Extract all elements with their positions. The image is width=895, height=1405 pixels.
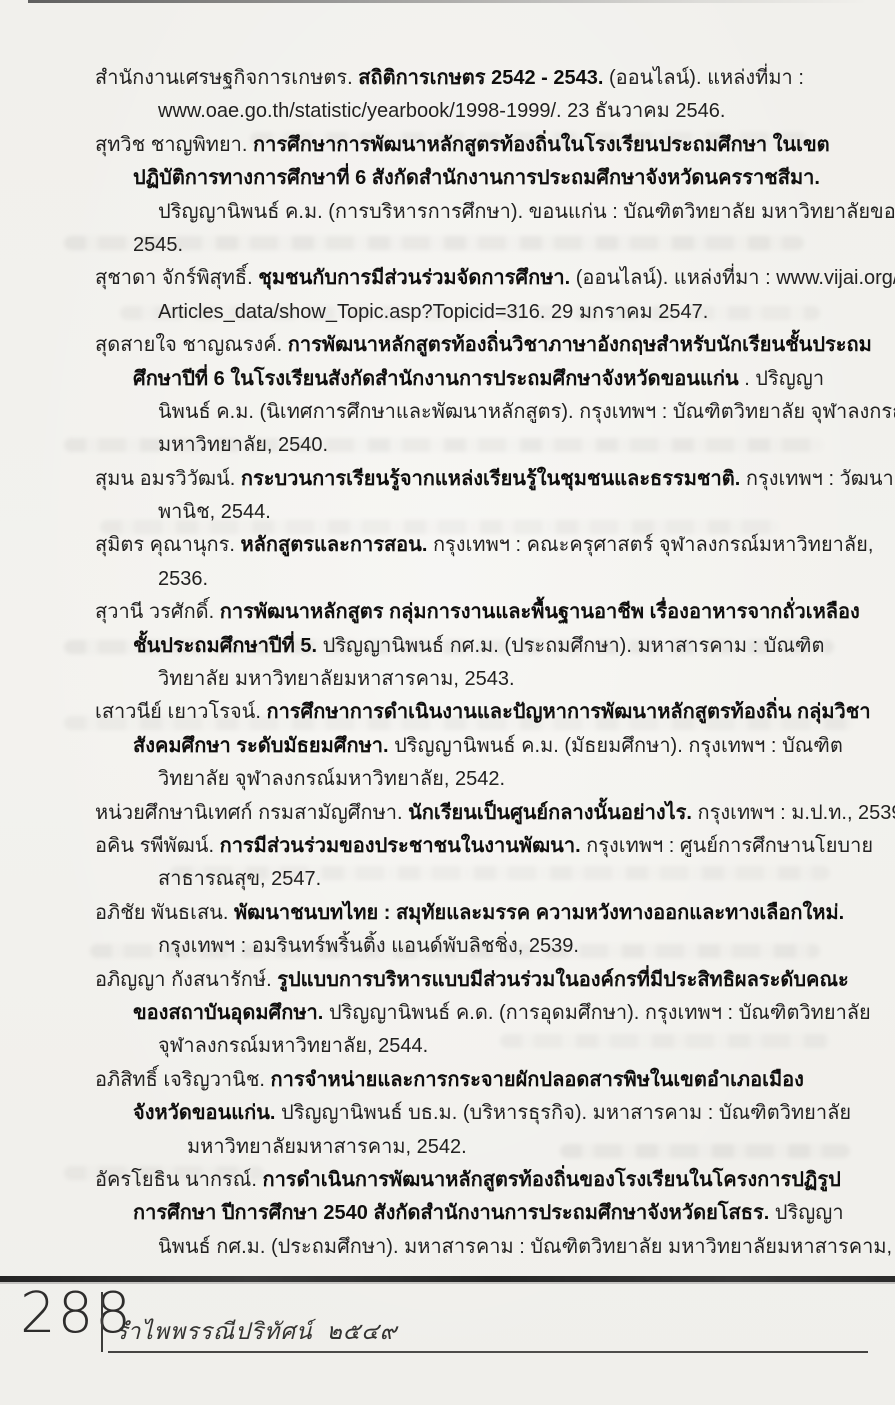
reference-title-segment: กระบวนการเรียนรู้จากแหล่งเรียนรู้ในชุมชน…	[241, 468, 740, 490]
reference-line: ของสถาบันอุดมศึกษา. ปริญญานิพนธ์ ค.ด. (ก…	[95, 997, 870, 1030]
reference-text-segment: สุวานี วรศักดิ์.	[95, 601, 220, 623]
reference-text-segment: สุมน อมรวิวัฒน์.	[95, 468, 241, 490]
reference-text-segment: ปริญญานิพนธ์ ค.ม. (การบริหารการศึกษา). ข…	[158, 201, 895, 223]
reference-line: อภิญญา กังสนารักษ์. รูปแบบการบริหารแบบมี…	[95, 964, 870, 997]
reference-text-segment: อภิสิทธิ์ เจริญวานิช.	[95, 1069, 271, 1091]
reference-text-segment: ปริญญา	[769, 1202, 843, 1224]
reference-title-segment: การศึกษาการพัฒนาหลักสูตรท้องถิ่นในโรงเรี…	[253, 134, 830, 156]
reference-text-segment: พานิช, 2544.	[158, 501, 271, 523]
reference-text-segment: (ออนไลน์). แหล่งที่มา : www.vijai.org/	[570, 267, 895, 289]
reference-title-segment: จังหวัดขอนแก่น.	[133, 1102, 275, 1124]
journal-caption: รำไพพรรณีปริทัศน์๒๕๔๙	[115, 1314, 397, 1350]
reference-entry: สุทวิช ชาญพิทยา. การศึกษาการพัฒนาหลักสูต…	[95, 129, 870, 263]
reference-text-segment: 2536.	[158, 568, 208, 590]
reference-line: กรุงเทพฯ : อมรินทร์พริ้นติ้ง แอนด์พับลิช…	[95, 930, 870, 963]
reference-entry: อภิสิทธิ์ เจริญวานิช. การจำหน่ายและการกร…	[95, 1064, 870, 1164]
journal-title: รำไพพรรณีปริทัศน์	[115, 1318, 313, 1344]
reference-text-segment: 2545.	[133, 234, 183, 256]
reference-text-segment: อัครโยธิน นากรณ์.	[95, 1169, 262, 1191]
reference-line: สังคมศึกษา ระดับมัธยมศึกษา. ปริญญานิพนธ์…	[95, 730, 870, 763]
reference-title-segment: สถิติการเกษตร 2542 - 2543.	[358, 67, 603, 89]
journal-year: ๒๕๔๙	[327, 1318, 398, 1344]
reference-line: สุทวิช ชาญพิทยา. การศึกษาการพัฒนาหลักสูต…	[95, 129, 870, 162]
reference-entry: สุมิตร คุณานุกร. หลักสูตรและการสอน. กรุง…	[95, 529, 870, 596]
reference-entry: สำนักงานเศรษฐกิจการเกษตร. สถิติการเกษตร …	[95, 62, 870, 129]
reference-title-segment: การมีส่วนร่วมของประชาชนในงานพัฒนา.	[220, 835, 581, 857]
reference-line: สุชาดา จักร์พิสุทธิ์. ชุมชนกับการมีส่วนร…	[95, 262, 870, 295]
reference-text-segment: (ออนไลน์). แหล่งที่มา :	[603, 67, 803, 89]
reference-line: 2545.	[95, 229, 870, 262]
reference-title-segment: การพัฒนาหลักสูตร กลุ่มการงานและพื้นฐานอา…	[220, 601, 860, 623]
reference-text-segment: กรุงเทพฯ : ม.ป.ท., 2539.	[692, 802, 895, 824]
reference-text-segment: วิทยาลัย มหาวิทยาลัยมหาสารคาม, 2543.	[158, 668, 515, 690]
reference-title-segment: หลักสูตรและการสอน.	[240, 534, 427, 556]
reference-text-segment: ปริญญานิพนธ์ ค.ม. (มัธยมศึกษา). กรุงเทพฯ…	[389, 735, 843, 757]
reference-text-segment: สาธารณสุข, 2547.	[158, 868, 321, 890]
reference-text-segment: มหาวิทยาลัย, 2540.	[158, 434, 328, 456]
reference-entry: หน่วยศึกษานิเทศก์ กรมสามัญศึกษา. นักเรีย…	[95, 797, 870, 830]
reference-line: สำนักงานเศรษฐกิจการเกษตร. สถิติการเกษตร …	[95, 62, 870, 95]
reference-text-segment: นิพนธ์ กศ.ม. (ประถมศึกษา). มหาสารคาม : บ…	[158, 1236, 895, 1258]
reference-text-segment: จุฬาลงกรณ์มหาวิทยาลัย, 2544.	[158, 1035, 428, 1057]
footer-separator-line	[0, 1276, 895, 1282]
reference-line: สุดสายใจ ชาญณรงค์. การพัฒนาหลักสูตรท้องถ…	[95, 329, 870, 362]
reference-line: อัครโยธิน นากรณ์. การดำเนินการพัฒนาหลักส…	[95, 1164, 870, 1197]
reference-line: ชั้นประถมศึกษาปีที่ 5. ปริญญานิพนธ์ กศ.ม…	[95, 630, 870, 663]
reference-title-segment: ปฏิบัติการทางการศึกษาที่ 6 สังกัดสำนักงา…	[133, 167, 820, 189]
reference-text-segment: มหาวิทยาลัยมหาสารคาม, 2542.	[187, 1136, 467, 1158]
reference-title-segment: สังคมศึกษา ระดับมัธยมศึกษา.	[133, 735, 389, 757]
reference-line: อภิชัย พันธเสน. พัฒนาชนบทไทย : สมุทัยและ…	[95, 897, 870, 930]
reference-line: พานิช, 2544.	[95, 496, 870, 529]
reference-entry: สุมน อมรวิวัฒน์. กระบวนการเรียนรู้จากแหล…	[95, 463, 870, 530]
reference-line: นิพนธ์ กศ.ม. (ประถมศึกษา). มหาสารคาม : บ…	[95, 1231, 870, 1264]
reference-text-segment: กรุงเทพฯ : อมรินทร์พริ้นติ้ง แอนด์พับลิช…	[158, 935, 579, 957]
reference-title-segment: ของสถาบันอุดมศึกษา.	[133, 1002, 323, 1024]
reference-text-segment: นิพนธ์ ค.ม. (นิเทศการศึกษาและพัฒนาหลักสู…	[158, 401, 895, 423]
reference-entry: อคิน รพีพัฒน์. การมีส่วนร่วมของประชาชนใน…	[95, 830, 870, 897]
footer-underline	[108, 1351, 868, 1353]
reference-line: สุมิตร คุณานุกร. หลักสูตรและการสอน. กรุง…	[95, 529, 870, 562]
reference-line: สาธารณสุข, 2547.	[95, 863, 870, 896]
reference-title-segment: ชั้นประถมศึกษาปีที่ 5.	[133, 635, 317, 657]
reference-line: ปฏิบัติการทางการศึกษาที่ 6 สังกัดสำนักงา…	[95, 162, 870, 195]
reference-text-segment: วิทยาลัย จุฬาลงกรณ์มหาวิทยาลัย, 2542.	[158, 768, 505, 790]
page-footer: 288 รำไพพรรณีปริทัศน์๒๕๔๙	[0, 1284, 895, 1364]
reference-text-segment: สำนักงานเศรษฐกิจการเกษตร.	[95, 67, 358, 89]
reference-text-segment: หน่วยศึกษานิเทศก์ กรมสามัญศึกษา.	[95, 802, 408, 824]
reference-line: เสาวนีย์ เยาวโรจน์. การศึกษาการดำเนินงาน…	[95, 696, 870, 729]
reference-entry: อัครโยธิน นากรณ์. การดำเนินการพัฒนาหลักส…	[95, 1164, 870, 1264]
reference-entry: สุชาดา จักร์พิสุทธิ์. ชุมชนกับการมีส่วนร…	[95, 262, 870, 329]
reference-text-segment: อคิน รพีพัฒน์.	[95, 835, 220, 857]
reference-text-segment: อภิชัย พันธเสน.	[95, 902, 234, 924]
reference-text-segment: ปริญญานิพนธ์ บธ.ม. (บริหารธุรกิจ). มหาสา…	[275, 1102, 851, 1124]
reference-title-segment: การดำเนินการพัฒนาหลักสูตรท้องถิ่นของโรงเ…	[262, 1169, 840, 1191]
reference-entry: สุดสายใจ ชาญณรงค์. การพัฒนาหลักสูตรท้องถ…	[95, 329, 870, 463]
footer-divider-line	[101, 1292, 103, 1352]
reference-text-segment: อภิญญา กังสนารักษ์.	[95, 969, 277, 991]
reference-line: 2536.	[95, 563, 870, 596]
reference-line: Articles_data/show_Topic.asp?Topicid=316…	[95, 296, 870, 329]
reference-entry: เสาวนีย์ เยาวโรจน์. การศึกษาการดำเนินงาน…	[95, 696, 870, 796]
reference-text-segment: กรุงเทพฯ : ศูนย์การศึกษานโยบาย	[581, 835, 873, 857]
reference-text-segment: กรุงเทพฯ : คณะครุศาสตร์ จุฬาลงกรณ์มหาวิท…	[427, 534, 873, 556]
reference-line: www.oae.go.th/statistic/yearbook/1998-19…	[95, 95, 870, 128]
reference-title-segment: การศึกษา ปีการศึกษา 2540 สังกัดสำนักงานก…	[133, 1202, 769, 1224]
reference-entry: อภิญญา กังสนารักษ์. รูปแบบการบริหารแบบมี…	[95, 964, 870, 1064]
reference-text-segment: เสาวนีย์ เยาวโรจน์.	[95, 701, 266, 723]
reference-title-segment: การพัฒนาหลักสูตรท้องถิ่นวิชาภาษาอังกฤษสำ…	[288, 334, 872, 356]
reference-text-segment: สุชาดา จักร์พิสุทธิ์.	[95, 267, 258, 289]
reference-line: ศึกษาปีที่ 6 ในโรงเรียนสังกัดสำนักงานการ…	[95, 363, 870, 396]
reference-line: วิทยาลัย จุฬาลงกรณ์มหาวิทยาลัย, 2542.	[95, 763, 870, 796]
reference-text-segment: ปริญญานิพนธ์ ค.ด. (การอุดมศึกษา). กรุงเท…	[323, 1002, 870, 1024]
reference-line: ปริญญานิพนธ์ ค.ม. (การบริหารการศึกษา). ข…	[95, 196, 870, 229]
reference-title-segment: นักเรียนเป็นศูนย์กลางนั้นอย่างไร.	[408, 802, 692, 824]
reference-line: มหาวิทยาลัยมหาสารคาม, 2542.	[95, 1131, 870, 1164]
bibliography-list: สำนักงานเศรษฐกิจการเกษตร. สถิติการเกษตร …	[95, 62, 870, 1264]
reference-line: วิทยาลัย มหาวิทยาลัยมหาสารคาม, 2543.	[95, 663, 870, 696]
reference-title-segment: รูปแบบการบริหารแบบมีส่วนร่วมในองค์กรที่ม…	[277, 969, 849, 991]
reference-entry: อภิชัย พันธเสน. พัฒนาชนบทไทย : สมุทัยและ…	[95, 897, 870, 964]
reference-title-segment: พัฒนาชนบทไทย : สมุทัยและมรรค ความหวังทาง…	[234, 902, 844, 924]
reference-text-segment: Articles_data/show_Topic.asp?Topicid=316…	[158, 301, 708, 323]
reference-text-segment: www.oae.go.th/statistic/yearbook/1998-19…	[158, 100, 725, 122]
reference-line: การศึกษา ปีการศึกษา 2540 สังกัดสำนักงานก…	[95, 1197, 870, 1230]
scan-top-edge-artifact	[28, 0, 868, 3]
reference-line: จังหวัดขอนแก่น. ปริญญานิพนธ์ บธ.ม. (บริห…	[95, 1097, 870, 1130]
reference-text-segment: ปริญญานิพนธ์ กศ.ม. (ประถมศึกษา). มหาสารค…	[317, 635, 824, 657]
reference-line: หน่วยศึกษานิเทศก์ กรมสามัญศึกษา. นักเรีย…	[95, 797, 870, 830]
reference-entry: สุวานี วรศักดิ์. การพัฒนาหลักสูตร กลุ่มก…	[95, 596, 870, 696]
reference-title-segment: การศึกษาการดำเนินงานและปัญหาการพัฒนาหลัก…	[266, 701, 870, 723]
reference-text-segment: สุทวิช ชาญพิทยา.	[95, 134, 253, 156]
reference-title-segment: ชุมชนกับการมีส่วนร่วมจัดการศึกษา.	[258, 267, 570, 289]
reference-text-segment: กรุงเทพฯ : วัฒนา	[740, 468, 893, 490]
reference-line: นิพนธ์ ค.ม. (นิเทศการศึกษาและพัฒนาหลักสู…	[95, 396, 870, 429]
reference-title-segment: ศึกษาปีที่ 6 ในโรงเรียนสังกัดสำนักงานการ…	[133, 368, 739, 390]
reference-line: จุฬาลงกรณ์มหาวิทยาลัย, 2544.	[95, 1030, 870, 1063]
reference-text-segment: สุมิตร คุณานุกร.	[95, 534, 240, 556]
reference-line: สุมน อมรวิวัฒน์. กระบวนการเรียนรู้จากแหล…	[95, 463, 870, 496]
reference-title-segment: การจำหน่ายและการกระจายผักปลอดสารพิษในเขต…	[271, 1069, 804, 1091]
reference-line: อภิสิทธิ์ เจริญวานิช. การจำหน่ายและการกร…	[95, 1064, 870, 1097]
scanned-page: สำนักงานเศรษฐกิจการเกษตร. สถิติการเกษตร …	[0, 0, 895, 1405]
reference-text-segment: . ปริญญา	[739, 368, 824, 390]
reference-line: สุวานี วรศักดิ์. การพัฒนาหลักสูตร กลุ่มก…	[95, 596, 870, 629]
reference-line: อคิน รพีพัฒน์. การมีส่วนร่วมของประชาชนใน…	[95, 830, 870, 863]
reference-text-segment: สุดสายใจ ชาญณรงค์.	[95, 334, 288, 356]
reference-line: มหาวิทยาลัย, 2540.	[95, 429, 870, 462]
